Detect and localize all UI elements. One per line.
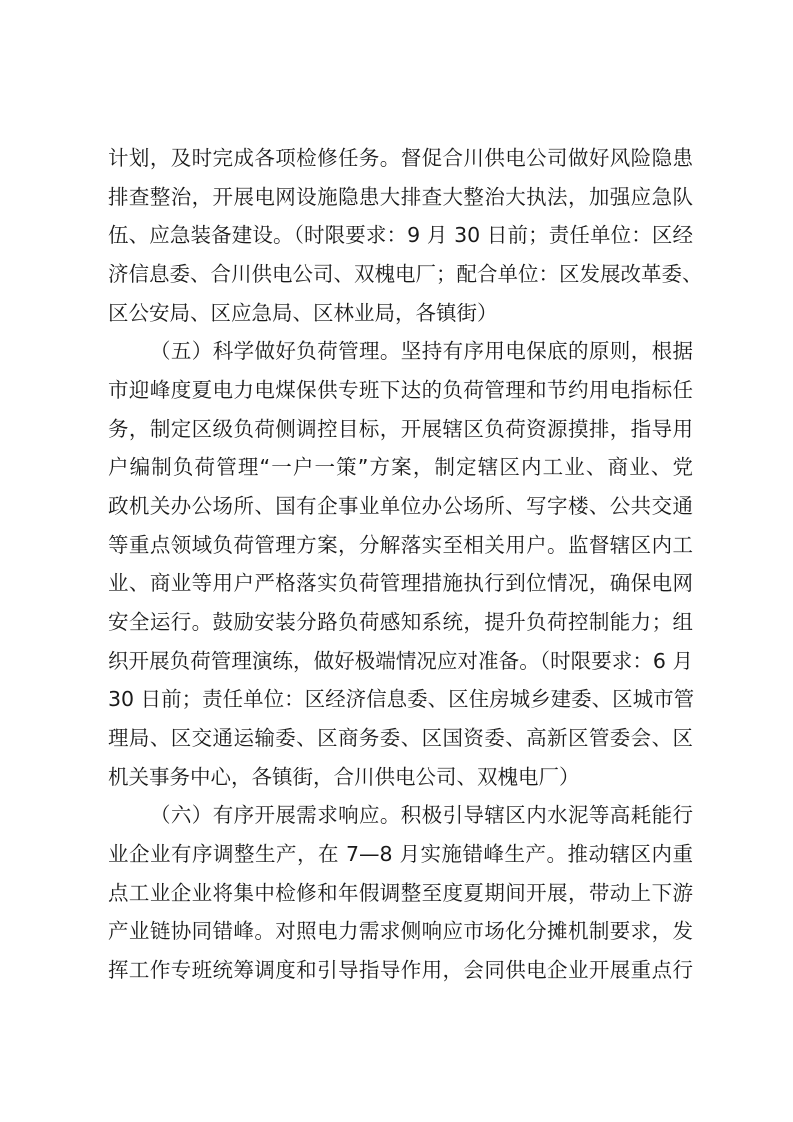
text-line: 点工业企业将集中检修和年假调整至度夏期间开展，带动上下游 <box>108 878 693 908</box>
text-line: 区公安局、区应急局、区林业局，各镇街） <box>108 298 693 328</box>
text-line: 产业链协同错峰。对照电力需求侧响应市场化分摊机制要求，发 <box>108 916 693 946</box>
text-line: 30 日前；责任单位：区经济信息委、区住房城乡建委、区城市管 <box>108 684 693 714</box>
text-line: 政机关办公场所、国有企事业单位办公场所、写字楼、公共交通 <box>108 491 693 521</box>
text-line: 等重点领域负荷管理方案，分解落实至相关用户。监督辖区内工 <box>108 530 693 560</box>
text-line: 业、商业等用户严格落实负荷管理措施执行到位情况，确保电网 <box>108 568 693 598</box>
text-line: 理局、区交通运输委、区商务委、区国资委、高新区管委会、区 <box>108 723 693 753</box>
text-line: 伍、应急装备建设。（时限要求：9 月 30 日前；责任单位：区经 <box>108 220 693 250</box>
text-line: 排查整治，开展电网设施隐患大排查大整治大执法，加强应急队 <box>108 182 693 212</box>
text-line: 安全运行。鼓励安装分路负荷感知系统，提升负荷控制能力；组 <box>108 607 693 637</box>
text-line: 织开展负荷管理演练，做好极端情况应对准备。（时限要求：6 月 <box>108 646 693 676</box>
text-line: 计划，及时完成各项检修任务。督促合川供电公司做好风险隐患 <box>108 143 693 173</box>
text-line: 机关事务中心，各镇街，合川供电公司、双槐电厂） <box>108 762 693 792</box>
section-heading-5-line: （五）科学做好负荷管理。坚持有序用电保底的原则，根据 <box>150 336 693 366</box>
text-line: 业企业有序调整生产，在 7—8 月实施错峰生产。推动辖区内重 <box>108 839 693 869</box>
document-page: 计划，及时完成各项检修任务。督促合川供电公司做好风险隐患 排查整治，开展电网设施… <box>0 0 793 1122</box>
text-line: 挥工作专班统筹调度和引导指导作用，会同供电企业开展重点行 <box>108 955 693 985</box>
text-line: 务，制定区级负荷侧调控目标，开展辖区负荷资源摸排，指导用 <box>108 414 693 444</box>
text-line: 济信息委、合川供电公司、双槐电厂；配合单位：区发展改革委、 <box>108 259 693 289</box>
text-line: 市迎峰度夏电力电煤保供专班下达的负荷管理和节约用电指标任 <box>108 375 693 405</box>
text-line: 户编制负荷管理“一户一策”方案，制定辖区内工业、商业、党 <box>108 452 693 482</box>
section-heading-6-line: （六）有序开展需求响应。积极引导辖区内水泥等高耗能行 <box>150 800 693 830</box>
